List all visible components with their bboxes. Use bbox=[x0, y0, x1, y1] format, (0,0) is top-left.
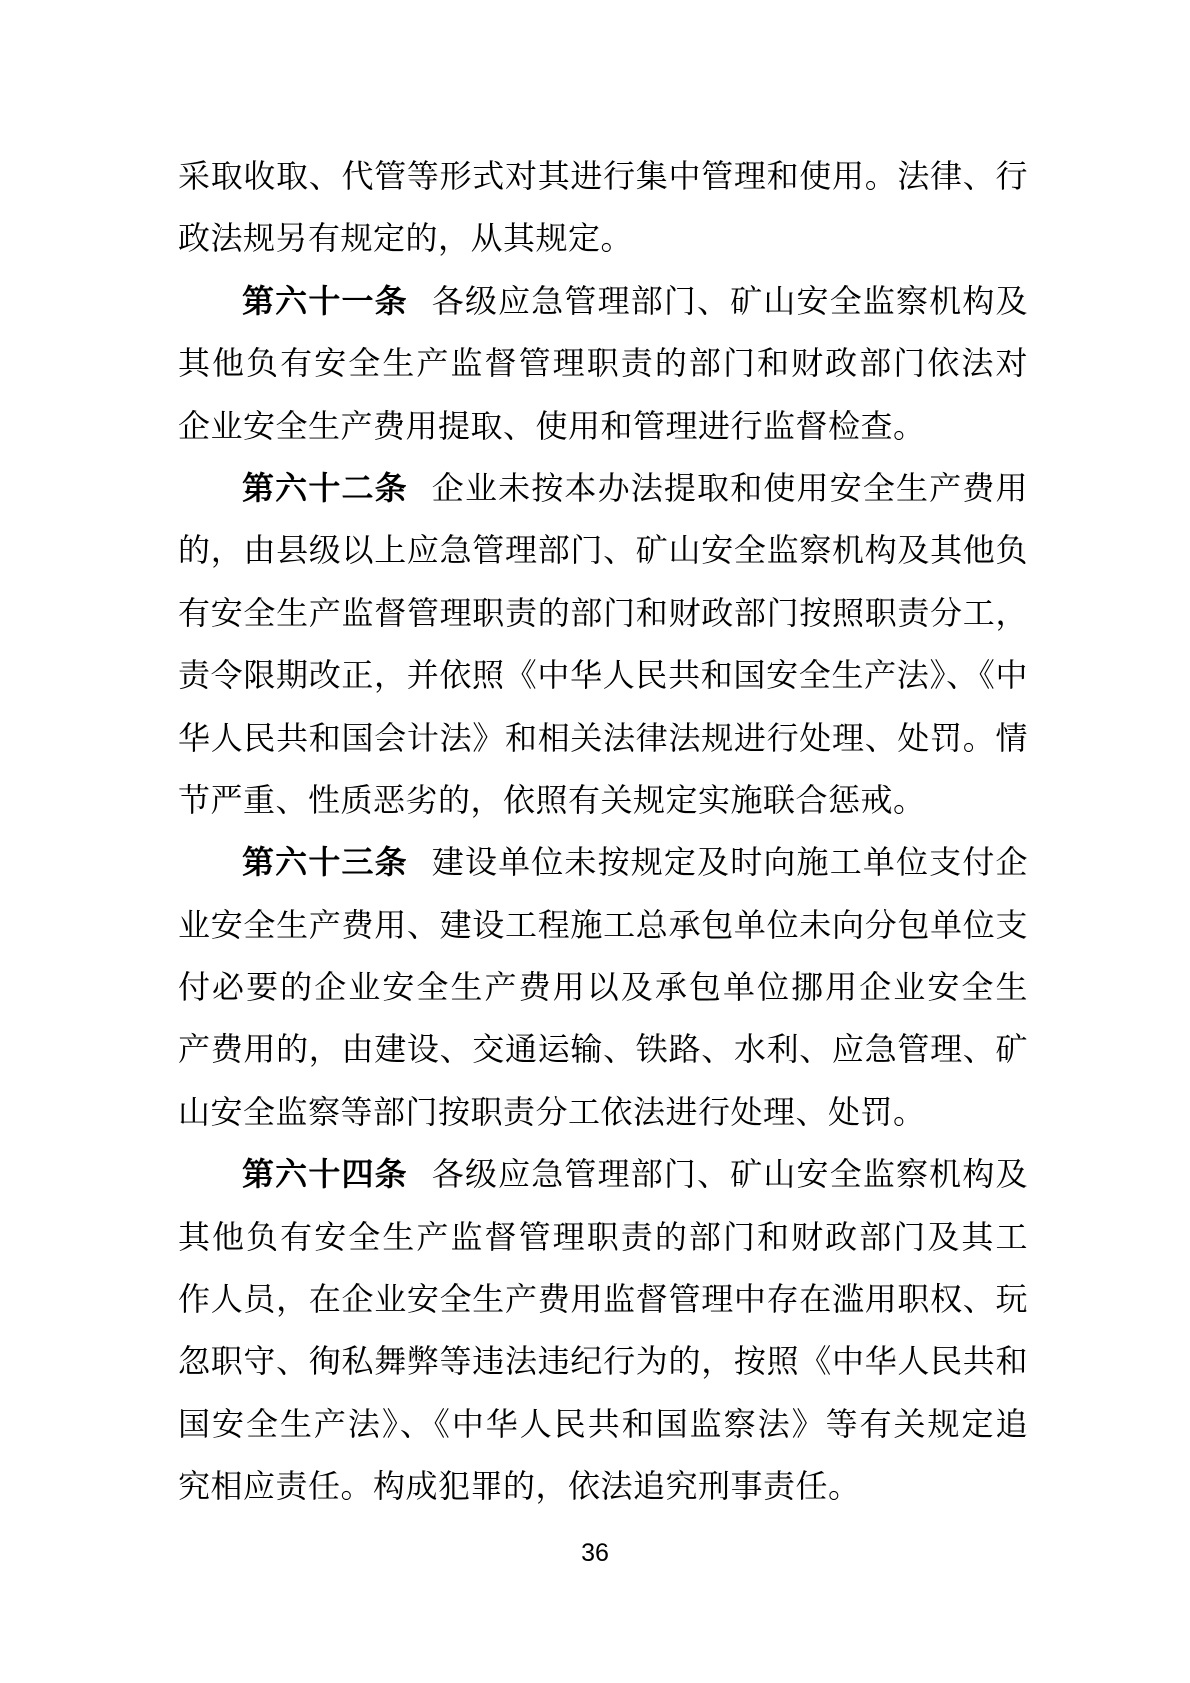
line-text: 建设单位未按规定及时向施工单位支付企 bbox=[432, 844, 1028, 880]
page-footer: 36 bbox=[0, 1538, 1190, 1568]
line-text: 各级应急管理部门、矿山安全监察机构及 bbox=[432, 283, 1028, 319]
document-body: 采取收取、代管等形式对其进行集中管理和使用。法律、行政法规另有规定的，从其规定。… bbox=[178, 145, 1028, 1518]
text-line: 第六十二条企业未按本办法提取和使用安全生产费用 bbox=[178, 457, 1028, 519]
text-line: 企业安全生产费用提取、使用和管理进行监督检查。 bbox=[178, 395, 1028, 457]
text-line: 第六十一条各级应急管理部门、矿山安全监察机构及 bbox=[178, 270, 1028, 332]
text-line: 其他负有安全生产监督管理职责的部门和财政部门及其工 bbox=[178, 1206, 1028, 1268]
text-line: 华人民共和国会计法》和相关法律法规进行处理、处罚。情 bbox=[178, 707, 1028, 769]
line-text: 国安全生产法》、《中华人民共和国监察法》等有关规定追 bbox=[178, 1406, 1028, 1442]
line-text: 有安全生产监督管理职责的部门和财政部门按照职责分工， bbox=[178, 595, 1028, 631]
text-line: 节严重、性质恶劣的，依照有关规定实施联合惩戒。 bbox=[178, 769, 1028, 831]
line-text: 其他负有安全生产监督管理职责的部门和财政部门依法对 bbox=[178, 345, 1028, 381]
article-number: 第六十四条 bbox=[242, 1156, 408, 1192]
line-text: 企业未按本办法提取和使用安全生产费用 bbox=[432, 470, 1028, 506]
line-text: 企业安全生产费用提取、使用和管理进行监督检查。 bbox=[178, 408, 926, 444]
line-text: 的，由县级以上应急管理部门、矿山安全监察机构及其他负 bbox=[178, 532, 1028, 568]
page-number: 36 bbox=[581, 1539, 609, 1567]
line-text: 忽职守、徇私舞弊等违法违纪行为的，按照《中华人民共和 bbox=[178, 1343, 1028, 1379]
line-text: 其他负有安全生产监督管理职责的部门和财政部门及其工 bbox=[178, 1219, 1028, 1255]
line-text: 各级应急管理部门、矿山安全监察机构及 bbox=[432, 1156, 1028, 1192]
line-text: 华人民共和国会计法》和相关法律法规进行处理、处罚。情 bbox=[178, 720, 1028, 756]
text-line: 采取收取、代管等形式对其进行集中管理和使用。法律、行 bbox=[178, 145, 1028, 207]
document-page: 采取收取、代管等形式对其进行集中管理和使用。法律、行政法规另有规定的，从其规定。… bbox=[0, 0, 1190, 1683]
line-text: 作人员，在企业安全生产费用监督管理中存在滥用职权、玩 bbox=[178, 1281, 1028, 1317]
text-line: 业安全生产费用、建设工程施工总承包单位未向分包单位支 bbox=[178, 894, 1028, 956]
text-line: 究相应责任。构成犯罪的，依法追究刑事责任。 bbox=[178, 1455, 1028, 1517]
text-line: 作人员，在企业安全生产费用监督管理中存在滥用职权、玩 bbox=[178, 1268, 1028, 1330]
text-line: 第六十三条建设单位未按规定及时向施工单位支付企 bbox=[178, 831, 1028, 893]
line-text: 采取收取、代管等形式对其进行集中管理和使用。法律、行 bbox=[178, 158, 1028, 194]
text-line: 责令限期改正，并依照《中华人民共和国安全生产法》、《中 bbox=[178, 644, 1028, 706]
article-number: 第六十一条 bbox=[242, 283, 408, 319]
line-text: 业安全生产费用、建设工程施工总承包单位未向分包单位支 bbox=[178, 907, 1028, 943]
line-text: 付必要的企业安全生产费用以及承包单位挪用企业安全生 bbox=[178, 969, 1028, 1005]
text-line: 有安全生产监督管理职责的部门和财政部门按照职责分工， bbox=[178, 582, 1028, 644]
text-line: 其他负有安全生产监督管理职责的部门和财政部门依法对 bbox=[178, 332, 1028, 394]
line-text: 政法规另有规定的，从其规定。 bbox=[178, 220, 633, 256]
text-line: 山安全监察等部门按职责分工依法进行处理、处罚。 bbox=[178, 1081, 1028, 1143]
line-text: 责令限期改正，并依照《中华人民共和国安全生产法》、《中 bbox=[178, 657, 1028, 693]
text-line: 国安全生产法》、《中华人民共和国监察法》等有关规定追 bbox=[178, 1393, 1028, 1455]
text-line: 第六十四条各级应急管理部门、矿山安全监察机构及 bbox=[178, 1143, 1028, 1205]
text-line: 产费用的，由建设、交通运输、铁路、水利、应急管理、矿 bbox=[178, 1018, 1028, 1080]
line-text: 节严重、性质恶劣的，依照有关规定实施联合惩戒。 bbox=[178, 782, 926, 818]
article-number: 第六十二条 bbox=[242, 470, 408, 506]
article-number: 第六十三条 bbox=[242, 844, 408, 880]
line-text: 究相应责任。构成犯罪的，依法追究刑事责任。 bbox=[178, 1468, 861, 1504]
line-text: 产费用的，由建设、交通运输、铁路、水利、应急管理、矿 bbox=[178, 1031, 1028, 1067]
text-line: 忽职守、徇私舞弊等违法违纪行为的，按照《中华人民共和 bbox=[178, 1330, 1028, 1392]
text-line: 的，由县级以上应急管理部门、矿山安全监察机构及其他负 bbox=[178, 519, 1028, 581]
text-line: 政法规另有规定的，从其规定。 bbox=[178, 207, 1028, 269]
text-line: 付必要的企业安全生产费用以及承包单位挪用企业安全生 bbox=[178, 956, 1028, 1018]
line-text: 山安全监察等部门按职责分工依法进行处理、处罚。 bbox=[178, 1094, 926, 1130]
